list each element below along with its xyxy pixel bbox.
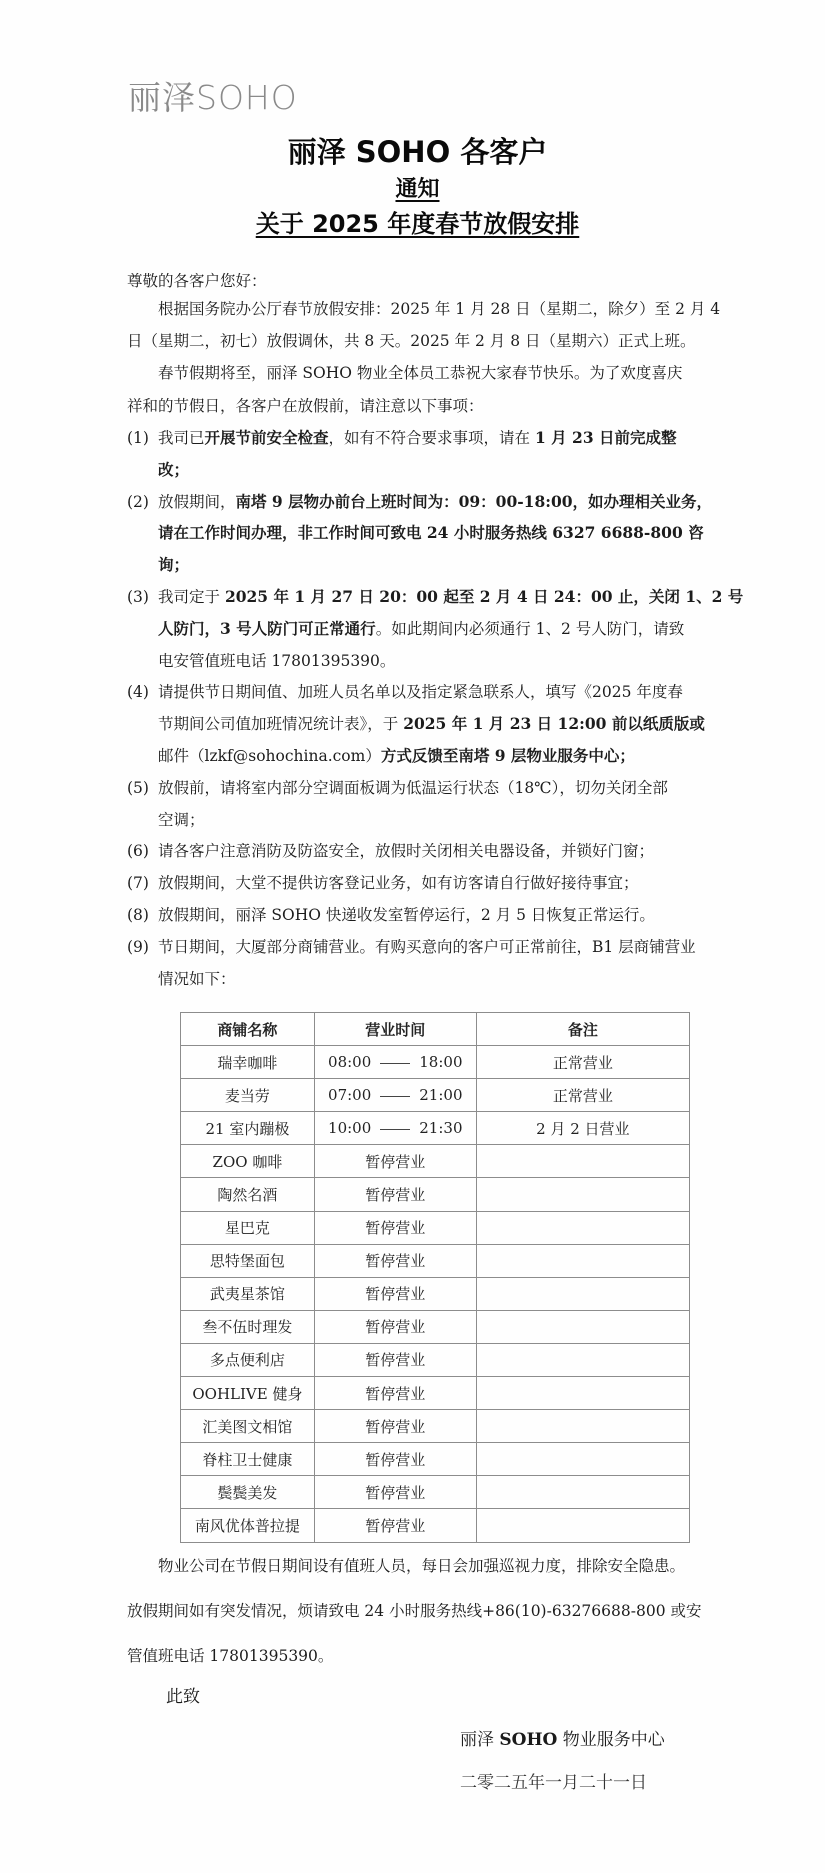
- text: 放假期间，大堂不提供访客登记业务，如有访客请自行做好接待事宜；: [158, 874, 639, 892]
- note-cell: [476, 1244, 689, 1277]
- hours-cell: 暂停营业: [314, 1310, 476, 1343]
- bold-text: 改；: [158, 460, 189, 479]
- note-cell: 正常营业: [476, 1046, 689, 1079]
- item-2-line-2: 请在工作时间办理，非工作时间可致电 24 小时服务热线 6327 6688-80…: [158, 522, 704, 544]
- text: 放假前，请将室内部分空调面板调为低温运行状态（18℃），切勿关闭全部: [158, 779, 668, 797]
- text: 邮件（lzkf@sohochina.com）: [158, 747, 381, 765]
- table-header-row: 商铺名称 营业时间 备注: [181, 1013, 690, 1046]
- text: 。如此期间内必须通行 1、2 号人防门，请致: [376, 620, 685, 638]
- text: 节日期间，大厦部分商铺营业。有购买意向的客户可正常前往，B1 层商铺营业: [158, 938, 696, 956]
- shop-name-cell: 南风优体普拉提: [181, 1509, 315, 1542]
- column-header-hours: 营业时间: [314, 1013, 476, 1046]
- shop-hours-table: 商铺名称 营业时间 备注 瑞幸咖啡08:0018:00正常营业麦当劳07:002…: [180, 1012, 690, 1543]
- item-number: (8): [127, 904, 149, 926]
- table-row: 陶然名酒暂停营业: [181, 1178, 690, 1211]
- item-4-line-1: 请提供节日期间值、加班人员名单以及指定紧急联系人，填写《2025 年度春: [158, 681, 683, 703]
- text: 请提供节日期间值、加班人员名单以及指定紧急联系人，填写《2025 年度春: [158, 683, 683, 701]
- item-2-line-3: 询；: [158, 554, 189, 576]
- table-row: 多点便利店暂停营业: [181, 1343, 690, 1376]
- dash-separator: [380, 1063, 410, 1064]
- shop-name-cell: 武夷星茶馆: [181, 1277, 315, 1310]
- note-cell: [476, 1377, 689, 1410]
- bold-text: 请在工作时间办理，非工作时间可致电 24 小时服务热线 6327 6688-80…: [158, 523, 704, 542]
- item-7-line-1: 放假期间，大堂不提供访客登记业务，如有访客请自行做好接待事宜；: [158, 872, 639, 894]
- bold-text: 人防门，3 号人防门可正常通行: [158, 619, 376, 638]
- column-header-note: 备注: [476, 1013, 689, 1046]
- note-cell: [476, 1310, 689, 1343]
- shop-name-cell: 瑞幸咖啡: [181, 1046, 315, 1079]
- item-number: (7): [127, 872, 149, 894]
- hours-cell: 暂停营业: [314, 1211, 476, 1244]
- hours-cell: 暂停营业: [314, 1145, 476, 1178]
- paragraph-2-line-2: 祥和的节假日，各客户在放假前，请注意以下事项：: [127, 395, 707, 417]
- item-number: (5): [127, 777, 149, 799]
- item-9-line-2: 情况如下：: [158, 968, 236, 990]
- item-3-line-1: 我司定于 2025 年 1 月 27 日 20：00 起至 2 月 4 日 24…: [158, 586, 743, 608]
- bold-text: 询；: [158, 555, 189, 574]
- note-cell: [476, 1145, 689, 1178]
- table-row: OOHLIVE 健身暂停营业: [181, 1377, 690, 1410]
- item-1-line-2: 改；: [158, 459, 189, 481]
- close-time: 21:00: [419, 1086, 462, 1104]
- shop-name-cell: OOHLIVE 健身: [181, 1377, 315, 1410]
- note-cell: [476, 1443, 689, 1476]
- hours-cell: 暂停营业: [314, 1178, 476, 1211]
- note-cell: [476, 1476, 689, 1509]
- shop-name-cell: 汇美图文相馆: [181, 1410, 315, 1443]
- bold-text: 2025 年 1 月 27 日 20：00 起至 2 月 4 日 24：00 止…: [225, 587, 743, 606]
- text: 电安管值班电话 17801395390。: [158, 652, 395, 670]
- note-cell: 2 月 2 日营业: [476, 1112, 689, 1145]
- item-1-line-1: 我司已开展节前安全检查，如有不符合要求事项，请在 1 月 23 日前完成整: [158, 427, 677, 449]
- shop-name-cell: 鬓鬓美发: [181, 1476, 315, 1509]
- item-3-line-3: 电安管值班电话 17801395390。: [158, 650, 395, 672]
- item-4-line-2: 节期间公司值加班情况统计表》，于 2025 年 1 月 23 日 12:00 前…: [158, 713, 705, 735]
- table-row: 脊柱卫士健康暂停营业: [181, 1443, 690, 1476]
- shop-name-cell: 脊柱卫士健康: [181, 1443, 315, 1476]
- table-body: 瑞幸咖啡08:0018:00正常营业麦当劳07:0021:00正常营业21 室内…: [181, 1046, 690, 1542]
- shop-name-cell: 思特堡面包: [181, 1244, 315, 1277]
- table-row: 武夷星茶馆暂停营业: [181, 1277, 690, 1310]
- closing-salutation: 此致: [166, 1685, 200, 1709]
- text: 节期间公司值加班情况统计表》，于: [158, 715, 403, 733]
- table-row: 汇美图文相馆暂停营业: [181, 1410, 690, 1443]
- item-6-line-1: 请各客户注意消防及防盗安全，放假时关闭相关电器设备，并锁好门窗；: [158, 840, 654, 862]
- notice-title: 丽泽 SOHO 各客户: [0, 133, 825, 171]
- shop-name-cell: 叁不伍时理发: [181, 1310, 315, 1343]
- hours-cell: 暂停营业: [314, 1244, 476, 1277]
- signature-date: 二零二五年一月二十一日: [460, 1771, 647, 1795]
- text: 空调；: [158, 811, 205, 829]
- item-number: (9): [127, 936, 149, 958]
- hours-cell: 暂停营业: [314, 1377, 476, 1410]
- hours-cell: 暂停营业: [314, 1443, 476, 1476]
- bold-text: 2025 年 1 月 23 日 12:00 前以纸质版或: [403, 714, 705, 733]
- notice-topic: 关于 2025 年度春节放假安排: [0, 208, 825, 240]
- item-number: (6): [127, 840, 149, 862]
- shop-name-cell: 星巴克: [181, 1211, 315, 1244]
- item-5-line-2: 空调；: [158, 809, 205, 831]
- text: ，如有不符合要求事项，请在: [329, 429, 535, 447]
- hours-cell: 暂停营业: [314, 1509, 476, 1542]
- greeting: 尊敬的各客户您好：: [127, 270, 707, 292]
- text: 我司定于: [158, 588, 225, 606]
- paragraph-1-line-2: 日（星期二，初七）放假调休，共 8 天。2025 年 2 月 8 日（星期六）正…: [127, 330, 707, 352]
- signature-organization: 丽泽 SOHO 物业服务中心: [460, 1728, 665, 1752]
- open-time: 08:00: [328, 1053, 371, 1071]
- table-row: 21 室内蹦极10:0021:302 月 2 日营业: [181, 1112, 690, 1145]
- note-cell: [476, 1277, 689, 1310]
- item-number: (1): [127, 427, 149, 449]
- text: 我司已: [158, 429, 205, 447]
- note-cell: [476, 1178, 689, 1211]
- bold-text: 1 月 23 日前完成整: [535, 428, 677, 447]
- table-row: 思特堡面包暂停营业: [181, 1244, 690, 1277]
- footer-line-3: 管值班电话 17801395390。: [127, 1645, 707, 1667]
- shop-name-cell: 多点便利店: [181, 1343, 315, 1376]
- shop-name-cell: 21 室内蹦极: [181, 1112, 315, 1145]
- item-2-line-1: 放假期间，南塔 9 层物办前台上班时间为：09：00-18:00，如办理相关业务…: [158, 491, 712, 513]
- item-8-line-1: 放假期间，丽泽 SOHO 快递收发室暂停运行，2 月 5 日恢复正常运行。: [158, 904, 655, 926]
- dash-separator: [380, 1129, 410, 1130]
- item-5-line-1: 放假前，请将室内部分空调面板调为低温运行状态（18℃），切勿关闭全部: [158, 777, 668, 799]
- hours-cell: 暂停营业: [314, 1343, 476, 1376]
- notice-page: 丽泽SOHO 丽泽 SOHO 各客户 通知 关于 2025 年度春节放假安排 尊…: [0, 0, 825, 1873]
- item-number: (2): [127, 491, 149, 513]
- paragraph-2-line-1: 春节假期将至，丽泽 SOHO 物业全体员工恭祝大家春节快乐。为了欢度喜庆: [158, 362, 738, 384]
- item-4-line-3: 邮件（lzkf@sohochina.com）方式反馈至南塔 9 层物业服务中心；: [158, 745, 635, 767]
- footer-line-2: 放假期间如有突发情况，烦请致电 24 小时服务热线+86(10)-6327668…: [127, 1600, 707, 1622]
- table-row: 麦当劳07:0021:00正常营业: [181, 1079, 690, 1112]
- item-3-line-2: 人防门，3 号人防门可正常通行。如此期间内必须通行 1、2 号人防门，请致: [158, 618, 684, 640]
- table-row: 鬓鬓美发暂停营业: [181, 1476, 690, 1509]
- hours-cell: 暂停营业: [314, 1277, 476, 1310]
- hours-cell: 08:0018:00: [314, 1046, 476, 1079]
- hours-cell: 10:0021:30: [314, 1112, 476, 1145]
- note-cell: [476, 1343, 689, 1376]
- bold-text: 南塔 9 层物办前台上班时间为：09：00-18:00，如办理相关业务，: [236, 492, 713, 511]
- open-time: 10:00: [328, 1119, 371, 1137]
- item-number: (3): [127, 586, 149, 608]
- table-row: 瑞幸咖啡08:0018:00正常营业: [181, 1046, 690, 1079]
- shop-name-cell: 麦当劳: [181, 1079, 315, 1112]
- close-time: 21:30: [419, 1119, 462, 1137]
- text: 情况如下：: [158, 970, 236, 988]
- hours-cell: 暂停营业: [314, 1476, 476, 1509]
- text: 放假期间，丽泽 SOHO 快递收发室暂停运行，2 月 5 日恢复正常运行。: [158, 906, 655, 924]
- note-cell: [476, 1509, 689, 1542]
- item-9-line-1: 节日期间，大厦部分商铺营业。有购买意向的客户可正常前往，B1 层商铺营业: [158, 936, 696, 958]
- hours-cell: 07:0021:00: [314, 1079, 476, 1112]
- bold-text: 方式反馈至南塔 9 层物业服务中心；: [381, 746, 635, 765]
- text: 放假期间，: [158, 493, 236, 511]
- paragraph-1-line-1: 根据国务院办公厅春节放假安排：2025 年 1 月 28 日（星期二，除夕）至 …: [158, 298, 738, 320]
- footer-line-1: 物业公司在节假日期间设有值班人员，每日会加强巡视力度，排除安全隐患。: [158, 1555, 738, 1577]
- open-time: 07:00: [328, 1086, 371, 1104]
- close-time: 18:00: [419, 1053, 462, 1071]
- item-number: (4): [127, 681, 149, 703]
- table-row: 叁不伍时理发暂停营业: [181, 1310, 690, 1343]
- notice-subtitle: 通知: [0, 175, 825, 205]
- bold-text: 开展节前安全检查: [205, 428, 329, 447]
- shop-name-cell: ZOO 咖啡: [181, 1145, 315, 1178]
- column-header-shop-name: 商铺名称: [181, 1013, 315, 1046]
- table-row: 星巴克暂停营业: [181, 1211, 690, 1244]
- table-row: 南风优体普拉提暂停营业: [181, 1509, 690, 1542]
- table-row: ZOO 咖啡暂停营业: [181, 1145, 690, 1178]
- dash-separator: [380, 1096, 410, 1097]
- note-cell: 正常营业: [476, 1079, 689, 1112]
- text: 请各客户注意消防及防盗安全，放假时关闭相关电器设备，并锁好门窗；: [158, 842, 654, 860]
- note-cell: [476, 1211, 689, 1244]
- shop-name-cell: 陶然名酒: [181, 1178, 315, 1211]
- note-cell: [476, 1410, 689, 1443]
- company-logo: 丽泽SOHO: [128, 78, 298, 118]
- hours-cell: 暂停营业: [314, 1410, 476, 1443]
